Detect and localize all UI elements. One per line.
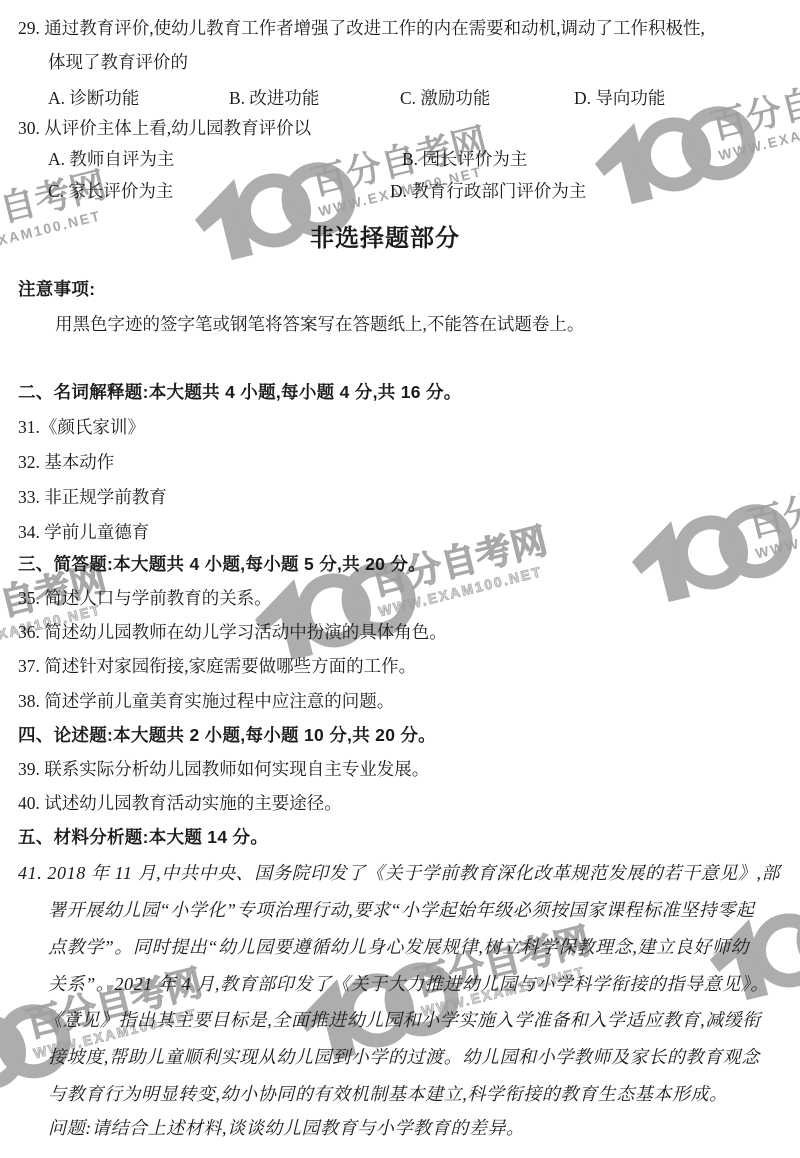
material-line-8: 问题:请结合上述材料,谈谈幼儿园教育与小学教育的差异。 — [48, 1117, 525, 1140]
question-29-options: A. 诊断功能 B. 改进功能 C. 激励功能 D. 导向功能 — [0, 85, 800, 109]
section-title: 非选择题部分 — [0, 218, 770, 253]
option-30-a: A. 教师自评为主 — [48, 146, 174, 171]
material-line-2: 署开展幼儿园“小学化”专项治理行动,要求“小学起始年级必须按国家课程标准坚持零起 — [48, 899, 755, 922]
exam-content: 29. 通过教育评价,使幼儿教育工作者增强了改进工作的内在需要和动机,调动了工作… — [0, 0, 800, 1158]
option-30-d: D. 教育行政部门评价为主 — [390, 178, 586, 203]
option-30-c: C. 家长评价为主 — [48, 178, 173, 203]
item-38: 38. 简述学前儿童美育实施过程中应注意的问题。 — [18, 691, 394, 713]
item-40: 40. 试述幼儿园教育活动实施的主要途径。 — [18, 793, 342, 815]
option-29-a: A. 诊断功能 — [48, 85, 139, 110]
option-30-b: B. 园长评价为主 — [402, 146, 527, 171]
item-31: 31.《颜氏家训》 — [18, 417, 145, 439]
part5-heading: 五、材料分析题:本大题 14 分。 — [18, 827, 268, 849]
item-36: 36. 简述幼儿园教师在幼儿学习活动中扮演的具体角色。 — [18, 622, 447, 644]
question-30-options-row1: A. 教师自评为主 B. 园长评价为主 — [0, 146, 800, 170]
exam-paper-page: 百分自考网 WWW.EXAM100.NET 百分自考网 WWW.EXAM100.… — [0, 0, 800, 1158]
item-37: 37. 简述针对家园衔接,家庭需要做哪些方面的工作。 — [18, 656, 416, 678]
item-32: 32. 基本动作 — [18, 452, 114, 474]
part4-heading: 四、论述题:本大题共 2 小题,每小题 10 分,共 20 分。 — [18, 725, 436, 747]
material-line-6: 接坡度,帮助儿童顺利实现从幼儿园到小学的过渡。幼儿园和小学教师及家长的教育观念 — [48, 1046, 760, 1069]
part2-heading: 二、名词解释题:本大题共 4 小题,每小题 4 分,共 16 分。 — [18, 382, 462, 404]
question-30-line1: 30. 从评价主体上看,幼儿园教育评价以 — [18, 118, 311, 140]
option-29-c: C. 激励功能 — [400, 85, 490, 110]
material-line-5: 《意见》指出其主要目标是,全面推进幼儿园和小学实施入学准备和入学适应教育,减缓衔 — [44, 1009, 761, 1032]
material-line-4: 关系”。2021 年 4 月,教育部印发了《关于大力推进幼儿园与小学科学衔接的指… — [48, 973, 769, 996]
question-29-line2: 体现了教育评价的 — [48, 52, 188, 74]
option-29-d: D. 导向功能 — [574, 85, 665, 110]
item-34: 34. 学前儿童德育 — [18, 522, 149, 544]
notice-heading: 注意事项: — [18, 279, 95, 301]
material-line-1: 41. 2018 年 11 月,中共中央、国务院印发了《关于学前教育深化改革规范… — [18, 862, 780, 885]
material-line-7: 与教育行为明显转变,幼小协同的有效机制基本建立,科学衔接的教育生态基本形成。 — [48, 1083, 728, 1106]
part3-heading: 三、简答题:本大题共 4 小题,每小题 5 分,共 20 分。 — [18, 554, 426, 576]
option-29-b: B. 改进功能 — [229, 85, 319, 110]
question-30-options-row2: C. 家长评价为主 D. 教育行政部门评价为主 — [0, 178, 800, 202]
item-39: 39. 联系实际分析幼儿园教师如何实现自主专业发展。 — [18, 759, 429, 781]
question-29-line1: 29. 通过教育评价,使幼儿教育工作者增强了改进工作的内在需要和动机,调动了工作… — [18, 18, 705, 40]
item-33: 33. 非正规学前教育 — [18, 487, 167, 509]
notice-body: 用黑色字迹的签字笔或钢笔将答案写在答题纸上,不能答在试题卷上。 — [55, 314, 584, 336]
item-35: 35. 简述人口与学前教育的关系。 — [18, 588, 272, 610]
material-line-3: 点教学”。同时提出“幼儿园要遵循幼儿身心发展规律,树立科学保教理念,建立良好师幼 — [48, 936, 749, 959]
